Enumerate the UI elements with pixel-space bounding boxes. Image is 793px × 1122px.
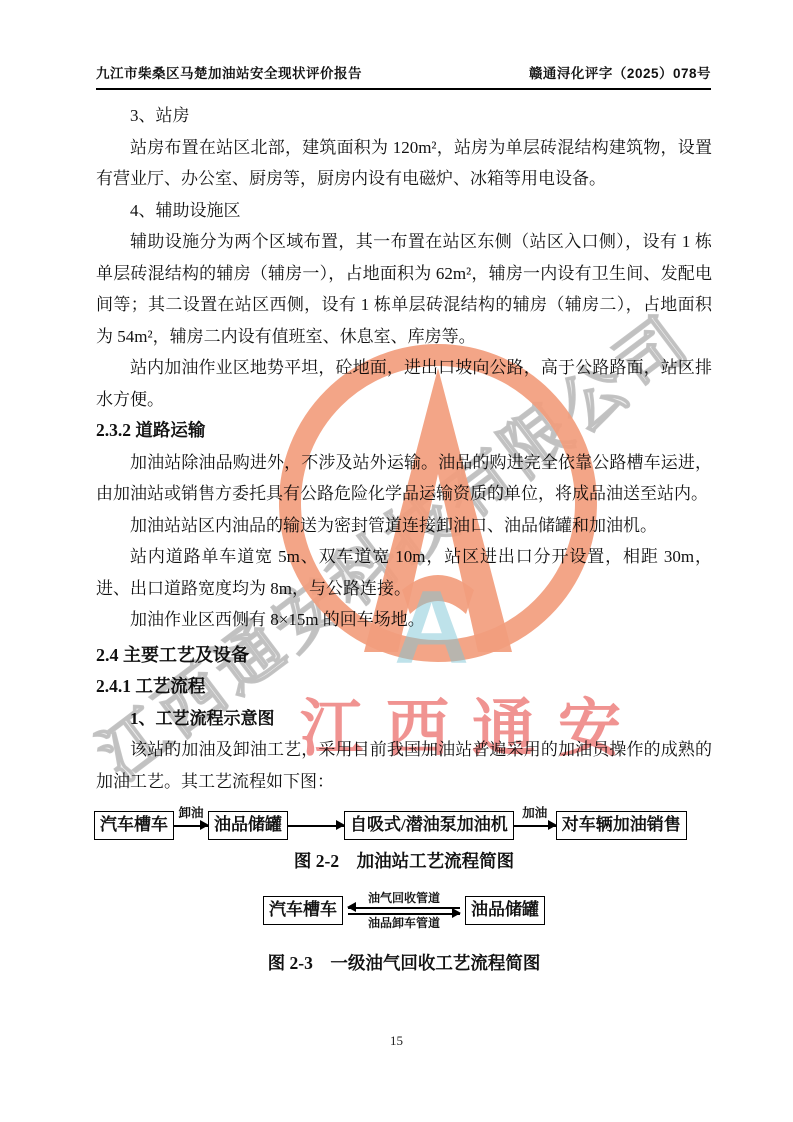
document-page: 九江市柴桑区马楚加油站安全现状评价报告 赣通浔化评字（2025）078号 3、站…	[0, 0, 793, 1122]
header-report-title: 九江市柴桑区马楚加油站安全现状评价报告	[96, 62, 362, 82]
page-number: 15	[0, 1033, 793, 1049]
heading-2-4-main-process-equipment: 2.4 主要工艺及设备	[96, 640, 712, 672]
flow-arrow-pipe	[288, 825, 344, 827]
paragraph-ground-condition: 站内加油作业区地势平坦，砼地面，进出口坡向公路，高于公路路面，站区排水方便。	[96, 352, 712, 415]
flow2-pipes: 油气回收管道 油品卸车管道	[345, 892, 463, 930]
paragraph-transport-4: 加油作业区西侧有 8×15m 的回车场地。	[96, 604, 712, 636]
header-doc-number: 赣通浔化评字（2025）078号	[529, 62, 711, 82]
paragraph-station-house: 站房布置在站区北部，建筑面积为 120m²，站房为单层砖混结构建筑物，设置有营业…	[96, 132, 712, 195]
heading-item-3-station-house: 3、站房	[96, 100, 712, 132]
heading-2-4-1-process-flow: 2.4.1 工艺流程	[96, 671, 712, 703]
flow-arrow-label-unloading: 卸油	[178, 806, 203, 820]
figure-2-2-caption: 图 2-2 加油站工艺流程简图	[96, 846, 712, 878]
flow2-label-oil-unloading: 油品卸车管道	[368, 917, 440, 930]
flow2-box-oil-storage-tank: 油品储罐	[465, 896, 545, 925]
paragraph-transport-3: 站内道路单车道宽 5m、双车道宽 10m，站区进出口分开设置，相距 30m，进、…	[96, 541, 712, 604]
flow-arrow-refueling: 加油	[514, 825, 556, 827]
figure-2-2-flowchart: 汽车槽车 卸油 油品储罐 自吸式/潜油泵加油机 加油 对车辆加油销售	[94, 811, 712, 840]
flow2-box-tanker-truck: 汽车槽车	[263, 896, 343, 925]
paragraph-process-intro: 该站的加油及卸油工艺，采用目前我国加油站普遍采用的加油员操作的成熟的加油工艺。其…	[96, 734, 712, 797]
flow2-arrow-oil-unloading	[348, 913, 460, 915]
flow-box-oil-storage-tank: 油品储罐	[208, 811, 288, 840]
flow-arrow-unloading: 卸油	[174, 825, 208, 827]
flow-box-vehicle-sales: 对车辆加油销售	[556, 811, 687, 840]
flow-box-tanker-truck: 汽车槽车	[94, 811, 174, 840]
flow2-label-vapor-recovery: 油气回收管道	[368, 892, 440, 905]
flow-arrow-label-refueling: 加油	[522, 806, 547, 820]
document-body: 3、站房 站房布置在站区北部，建筑面积为 120m²，站房为单层砖混结构建筑物，…	[96, 100, 712, 979]
figure-2-3-flowchart: 汽车槽车 油气回收管道 油品卸车管道 油品储罐	[96, 892, 712, 930]
heading-2-3-2-road-transport: 2.3.2 道路运输	[96, 415, 712, 447]
heading-1-process-flow-diagram: 1、工艺流程示意图	[96, 703, 712, 735]
flow-box-dispenser: 自吸式/潜油泵加油机	[344, 811, 514, 840]
heading-item-4-auxiliary-area: 4、辅助设施区	[96, 195, 712, 227]
figure-2-3-caption: 图 2-3 一级油气回收工艺流程简图	[96, 948, 712, 980]
paragraph-transport-2: 加油站站区内油品的输送为密封管道连接卸油口、油品储罐和加油机。	[96, 510, 712, 542]
paragraph-transport-1: 加油站除油品购进外，不涉及站外运输。油品的购进完全依靠公路槽车运进，由加油站或销…	[96, 447, 712, 510]
page-header: 九江市柴桑区马楚加油站安全现状评价报告 赣通浔化评字（2025）078号	[96, 62, 711, 90]
paragraph-auxiliary-area: 辅助设施分为两个区域布置，其一布置在站区东侧（站区入口侧），设有 1 栋单层砖混…	[96, 226, 712, 352]
flow2-arrow-vapor-recovery	[348, 907, 460, 909]
